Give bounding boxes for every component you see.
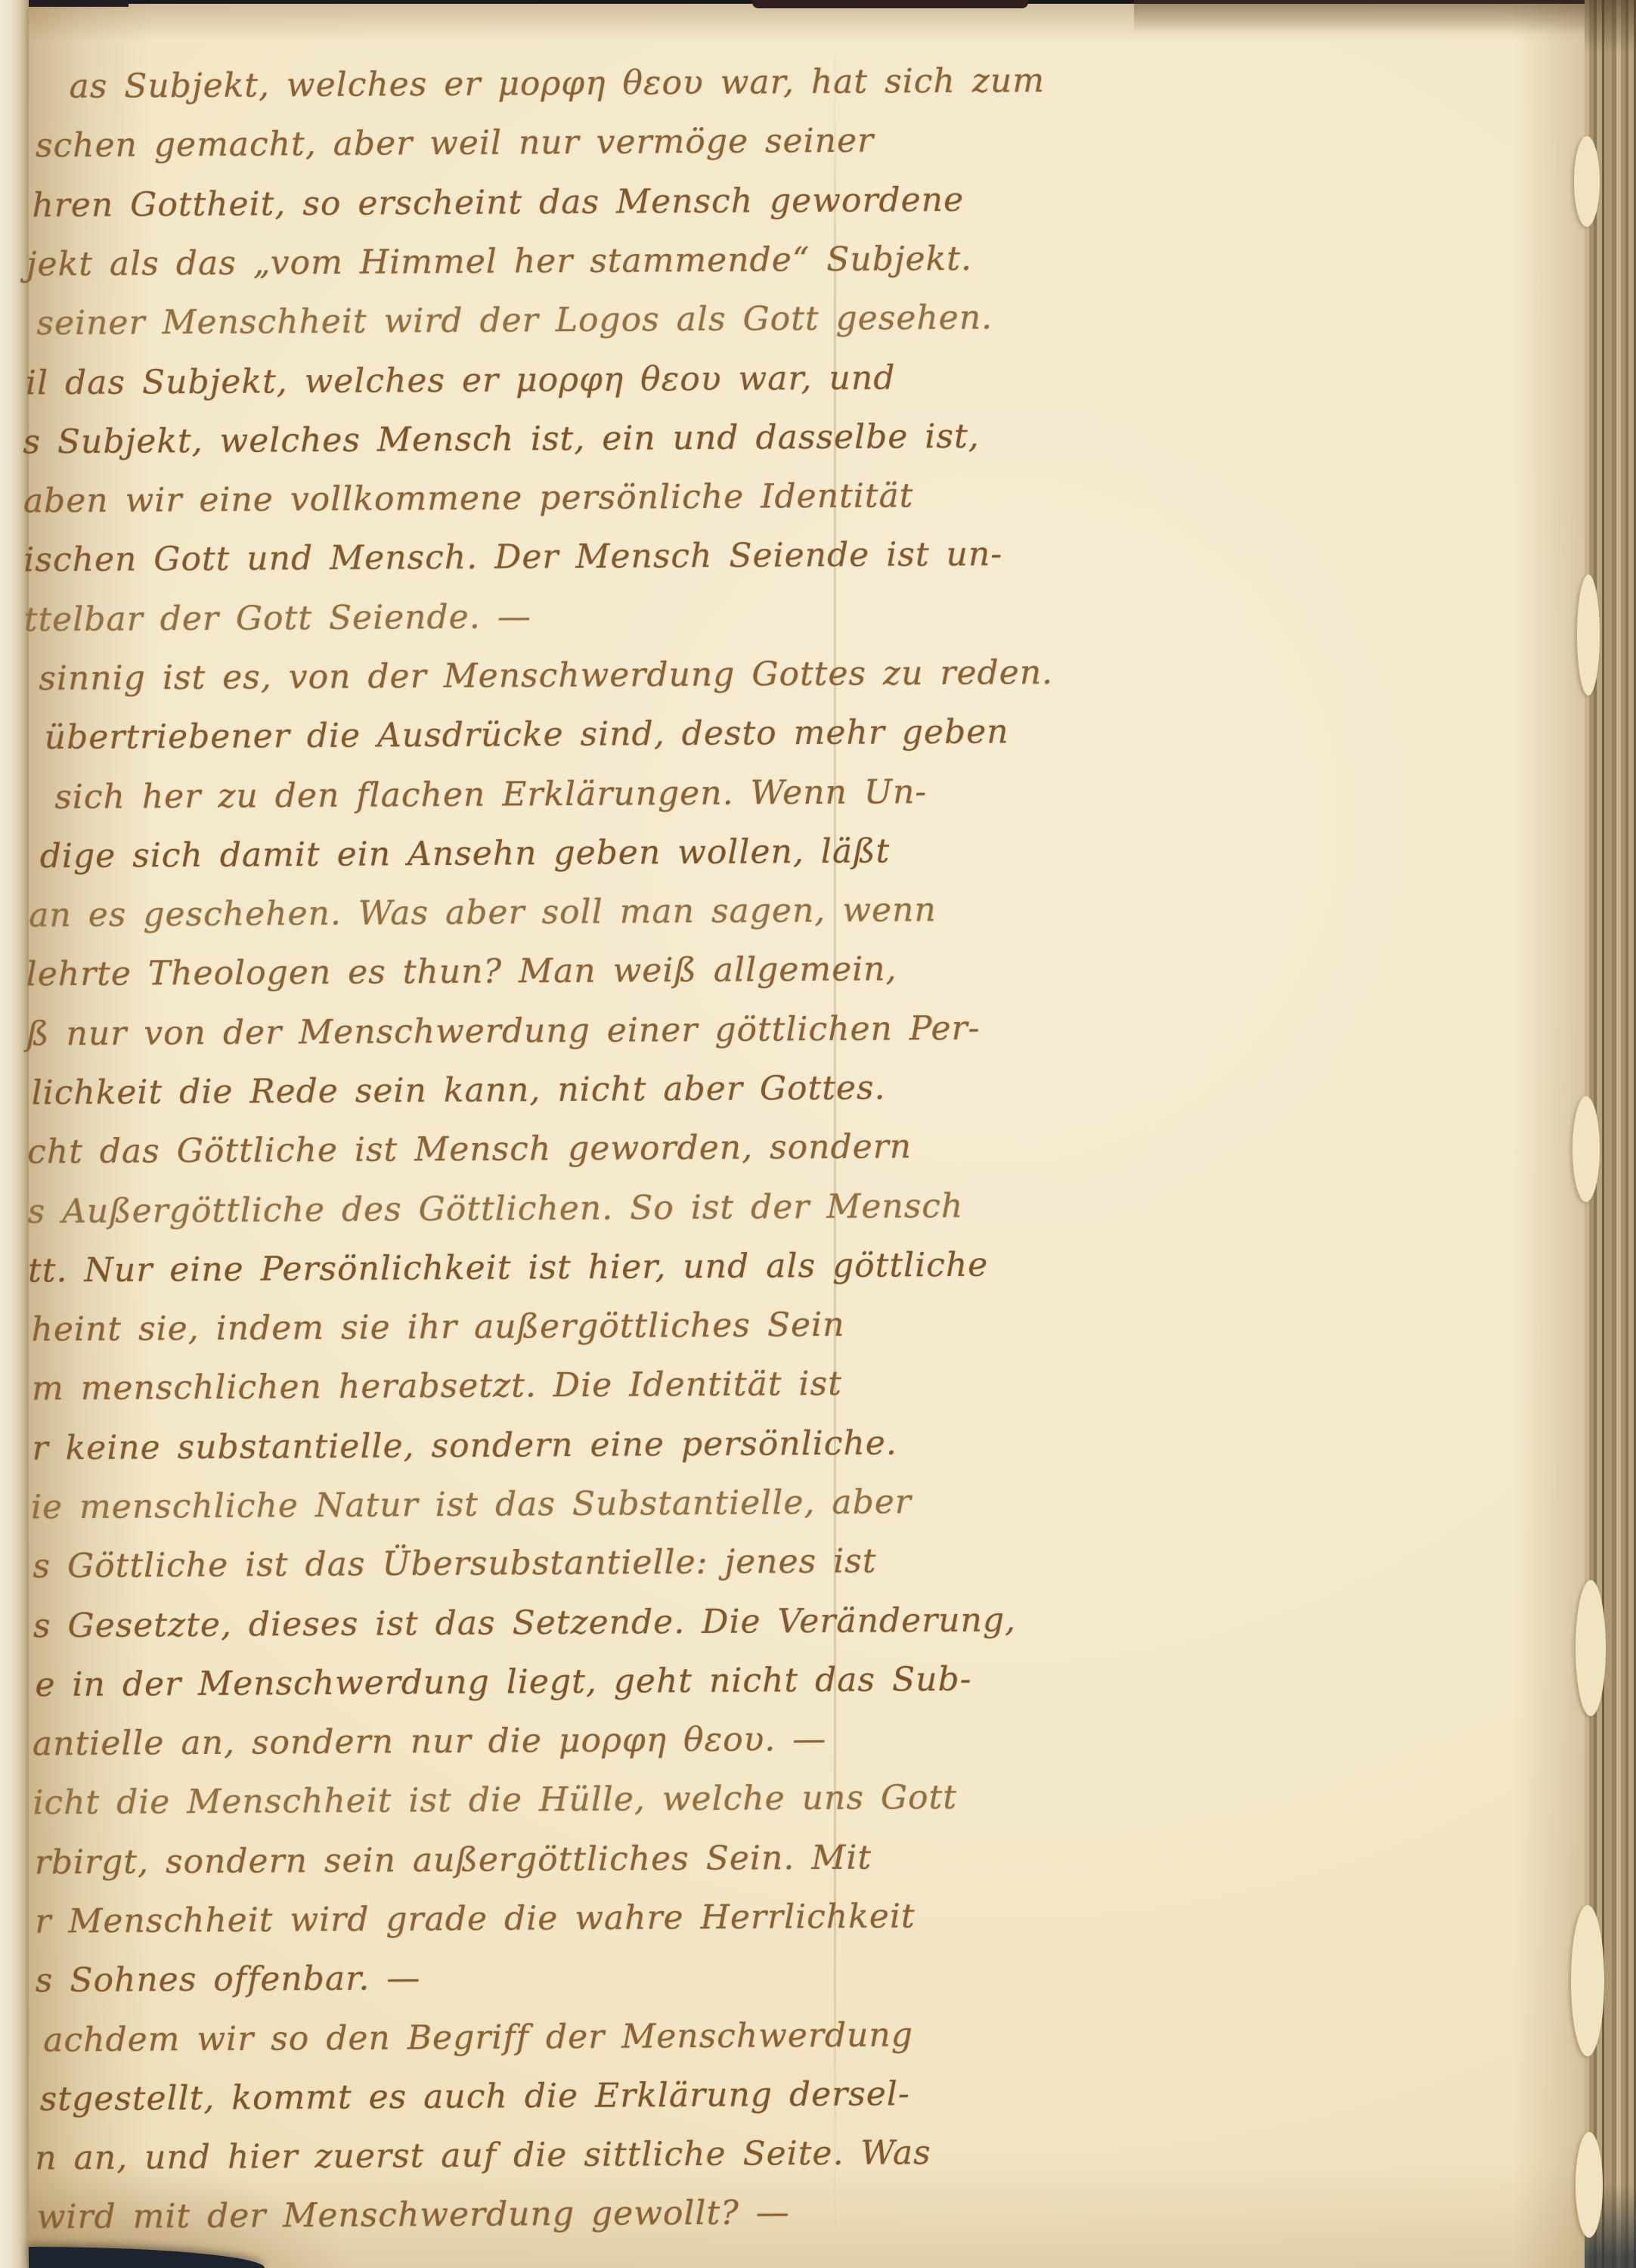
handwritten-line: s Subjekt, welches Mensch ist, ein und d… — [23, 407, 980, 472]
handwritten-line: s Sohnes offenbar. — — [36, 1949, 421, 2010]
handwritten-line: stgestellt, kommt es auch die Erklärung … — [40, 2065, 910, 2129]
handwritten-line: achdem wir so den Begriff der Menschwerd… — [43, 2006, 913, 2070]
handwritten-line: tt. Nur eine Persönlichkeit ist hier, un… — [28, 1236, 989, 1301]
handwritten-line: sich her zu den flachen Erklärungen. Wen… — [54, 763, 927, 827]
handwritten-line: übertriebener die Ausdrücke sind, desto … — [45, 702, 1009, 767]
handwritten-line: ß nur von der Menschwerdung einer göttli… — [26, 999, 981, 1064]
handwritten-line: schen gemacht, aber weil nur vermöge sei… — [36, 112, 875, 176]
handwritten-line: s Göttliche ist das Übersubstantielle: j… — [33, 1532, 876, 1597]
handwritten-line: s Gesetzte, dieses ist das Setzende. Die… — [33, 1591, 1017, 1656]
handwritten-line: r keine substantielle, sondern eine pers… — [32, 1414, 897, 1478]
handwritten-line: wird mit der Menschwerdung gewollt? — — [36, 2183, 790, 2247]
handwritten-line: r Menschheit wird grade die wahre Herrli… — [35, 1887, 916, 1951]
handwritten-line: heint sie, indem sie ihr außergöttliches… — [31, 1296, 844, 1360]
handwritten-line: ttelbar der Gott Seiende. — — [24, 587, 531, 649]
handwritten-line: antielle an, sondern nur die μορφη θεου.… — [33, 1710, 827, 1774]
handwritten-line: ischen Gott und Mensch. Der Mensch Seien… — [23, 525, 1002, 590]
handwritten-line: hren Gottheit, so erscheint das Mensch g… — [32, 171, 964, 236]
handwritten-line: s Außergöttliche des Göttlichen. So ist … — [27, 1177, 963, 1242]
handwritten-line: seiner Menschheit wird der Logos als Got… — [36, 289, 993, 354]
handwritten-line: n an, und hier zuerst auf die sittliche … — [35, 2124, 931, 2188]
handwritten-line: ie menschliche Natur ist das Substantiel… — [31, 1473, 912, 1537]
handwritten-line: dige sich damit ein Ansehn geben wollen,… — [40, 822, 891, 886]
handwritten-line: an es geschehen. Was aber soll man sagen… — [29, 881, 937, 945]
handwritten-line: il das Subjekt, welches er μορφη θεου wa… — [26, 349, 896, 413]
handwritten-line: cht das Göttliche ist Mensch geworden, s… — [27, 1117, 912, 1182]
manuscript-text: as Subjekt, welches er μορφη θεου war, h… — [0, 0, 1636, 2268]
handwritten-line: m menschlichen herabsetzt. Die Identität… — [32, 1355, 842, 1419]
handwritten-line: sinnig ist es, von der Menschwerdung Got… — [39, 643, 1053, 708]
handwritten-line: as Subjekt, welches er μορφη θεου war, h… — [69, 51, 1045, 116]
handwritten-line: jekt als das „vom Himmel her stammende“ … — [26, 230, 972, 295]
manuscript-scan: as Subjekt, welches er μορφη θεου war, h… — [0, 0, 1636, 2268]
handwritten-line: e in der Menschwerdung liegt, geht nicht… — [35, 1650, 972, 1715]
handwritten-line: lehrte Theologen es thun? Man weiß allge… — [26, 940, 897, 1004]
handwritten-line: rbirgt, sondern sein außergöttliches Sei… — [35, 1829, 872, 1893]
handwritten-line: lichkeit die Rede sein kann, nicht aber … — [31, 1058, 885, 1123]
handwritten-line: icht die Menschheit ist die Hülle, welch… — [33, 1768, 957, 1833]
handwritten-line: aben wir eine vollkommene persönliche Id… — [23, 466, 914, 531]
